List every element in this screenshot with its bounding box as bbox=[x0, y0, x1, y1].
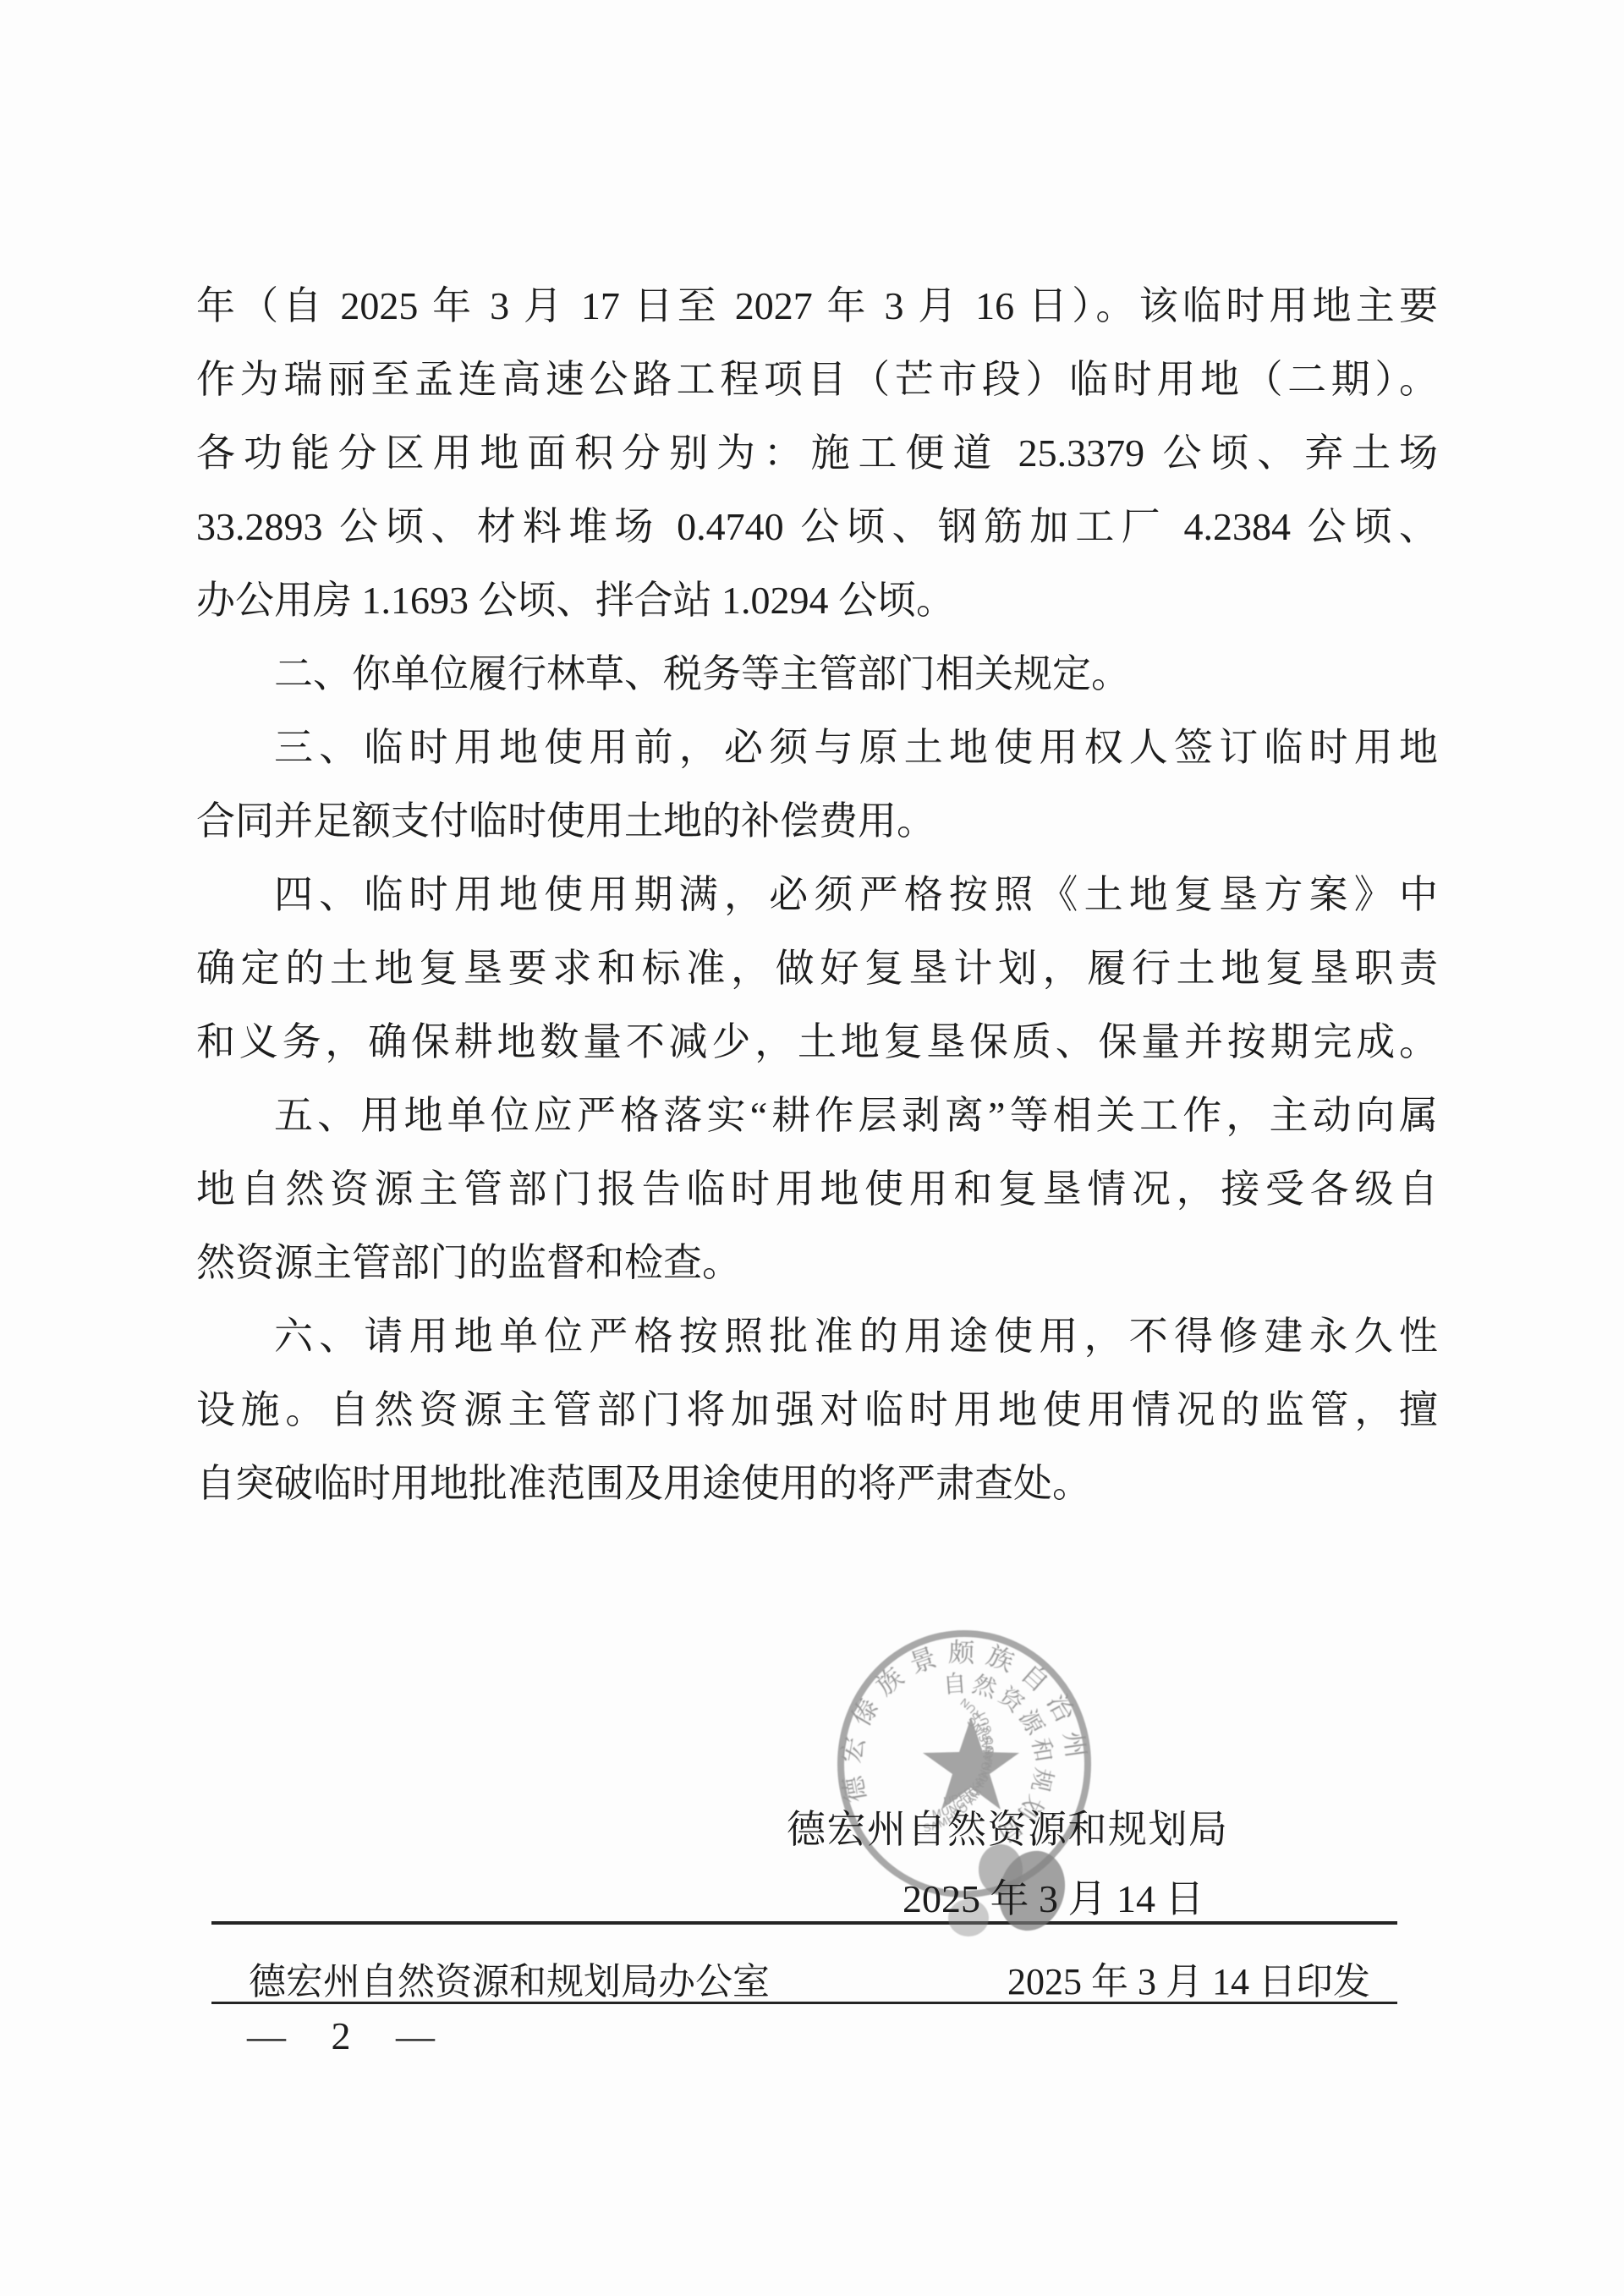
body-line: 二、你单位履行林草、税务等主管部门相关规定。 bbox=[196, 637, 1438, 711]
body-line: 合同并足额支付临时使用土地的补偿费用。 bbox=[196, 784, 1438, 858]
body-line: 33.2893 公顷、材料堆场 0.4740 公顷、钢筋加工厂 4.2384 公… bbox=[196, 490, 1438, 563]
seal-ring-text-outer: 德宏傣族景颇族自治州 bbox=[837, 1638, 1093, 1804]
body-line: 和义务，确保耕地数量不减少，土地复垦保质、保量并按期完成。 bbox=[196, 1005, 1438, 1079]
seal-ring bbox=[841, 1634, 1088, 1894]
body-line: 作为瑞丽至孟连高速公路工程项目（芒市段）临时用地（二期）。 bbox=[196, 343, 1438, 416]
colophon-divider-top bbox=[211, 1921, 1397, 1925]
body-line: 四、临时用地使用期满，必须严格按照《土地复垦方案》中 bbox=[196, 858, 1438, 931]
body-line: 设施。自然资源主管部门将加强对临时用地使用情况的监管，擅 bbox=[196, 1373, 1438, 1447]
signature-organization: 德宏州自然资源和规划局 bbox=[787, 1799, 1229, 1854]
seal-latin-text-2: MUNGDO MANAN SUT RUNG bbox=[825, 1620, 996, 1821]
body-line: 年（自 2025 年 3 月 17 日至 2027 年 3 月 16 日）。该临… bbox=[196, 269, 1438, 343]
svg-text:MUNGDO MANAN SUT RUNG: MUNGDO MANAN SUT RUNG bbox=[825, 1620, 996, 1821]
body-line: 各功能分区用地面积分别为：施工便道 25.3379 公顷、弃土场 bbox=[196, 416, 1438, 490]
page-number: — 2 — bbox=[247, 2013, 442, 2058]
body-line: 五、用地单位应严格落实“耕作层剥离”等相关工作，主动向属 bbox=[196, 1079, 1438, 1152]
svg-text:UPFRKANG MASING: UPFRKANG MASING bbox=[942, 1714, 993, 1807]
body-line: 三、临时用地使用前，必须与原土地使用权人签订临时用地 bbox=[196, 711, 1438, 784]
signature-date: 2025 年 3 月 14 日 bbox=[903, 1868, 1204, 1924]
body-line: 办公用房 1.1693 公顷、拌合站 1.0294 公顷。 bbox=[196, 563, 1438, 637]
body-line: 然资源主管部门的监督和检查。 bbox=[196, 1226, 1438, 1299]
body-line: 地自然资源主管部门报告临时用地使用和复垦情况，接受各级自 bbox=[196, 1152, 1438, 1226]
colophon-row: 德宏州自然资源和规划局办公室 2025 年 3 月 14 日印发 bbox=[211, 1951, 1397, 2005]
svg-text:德宏傣族景颇族自治州: 德宏傣族景颇族自治州 bbox=[837, 1638, 1093, 1804]
seal-latin-text-3: UPFRKANG MASING bbox=[942, 1714, 993, 1807]
body-line: 确定的土地复垦要求和标准，做好复垦计划，履行土地复垦职责 bbox=[196, 931, 1438, 1005]
seal-star-icon bbox=[923, 1717, 1019, 1810]
document-page: 年（自 2025 年 3 月 17 日至 2027 年 3 月 16 日）。该临… bbox=[0, 0, 1624, 2296]
body-text: 年（自 2025 年 3 月 17 日至 2027 年 3 月 16 日）。该临… bbox=[196, 269, 1438, 1520]
colophon-issue-date: 2025 年 3 月 14 日印发 bbox=[1007, 1951, 1397, 2005]
body-line: 自突破临时用地批准范围及用途使用的将严肃查处。 bbox=[196, 1447, 1438, 1520]
colophon-office: 德宏州自然资源和规划局办公室 bbox=[211, 1951, 770, 2005]
body-line: 六、请用地单位严格按照批准的用途使用，不得修建永久性 bbox=[196, 1299, 1438, 1373]
